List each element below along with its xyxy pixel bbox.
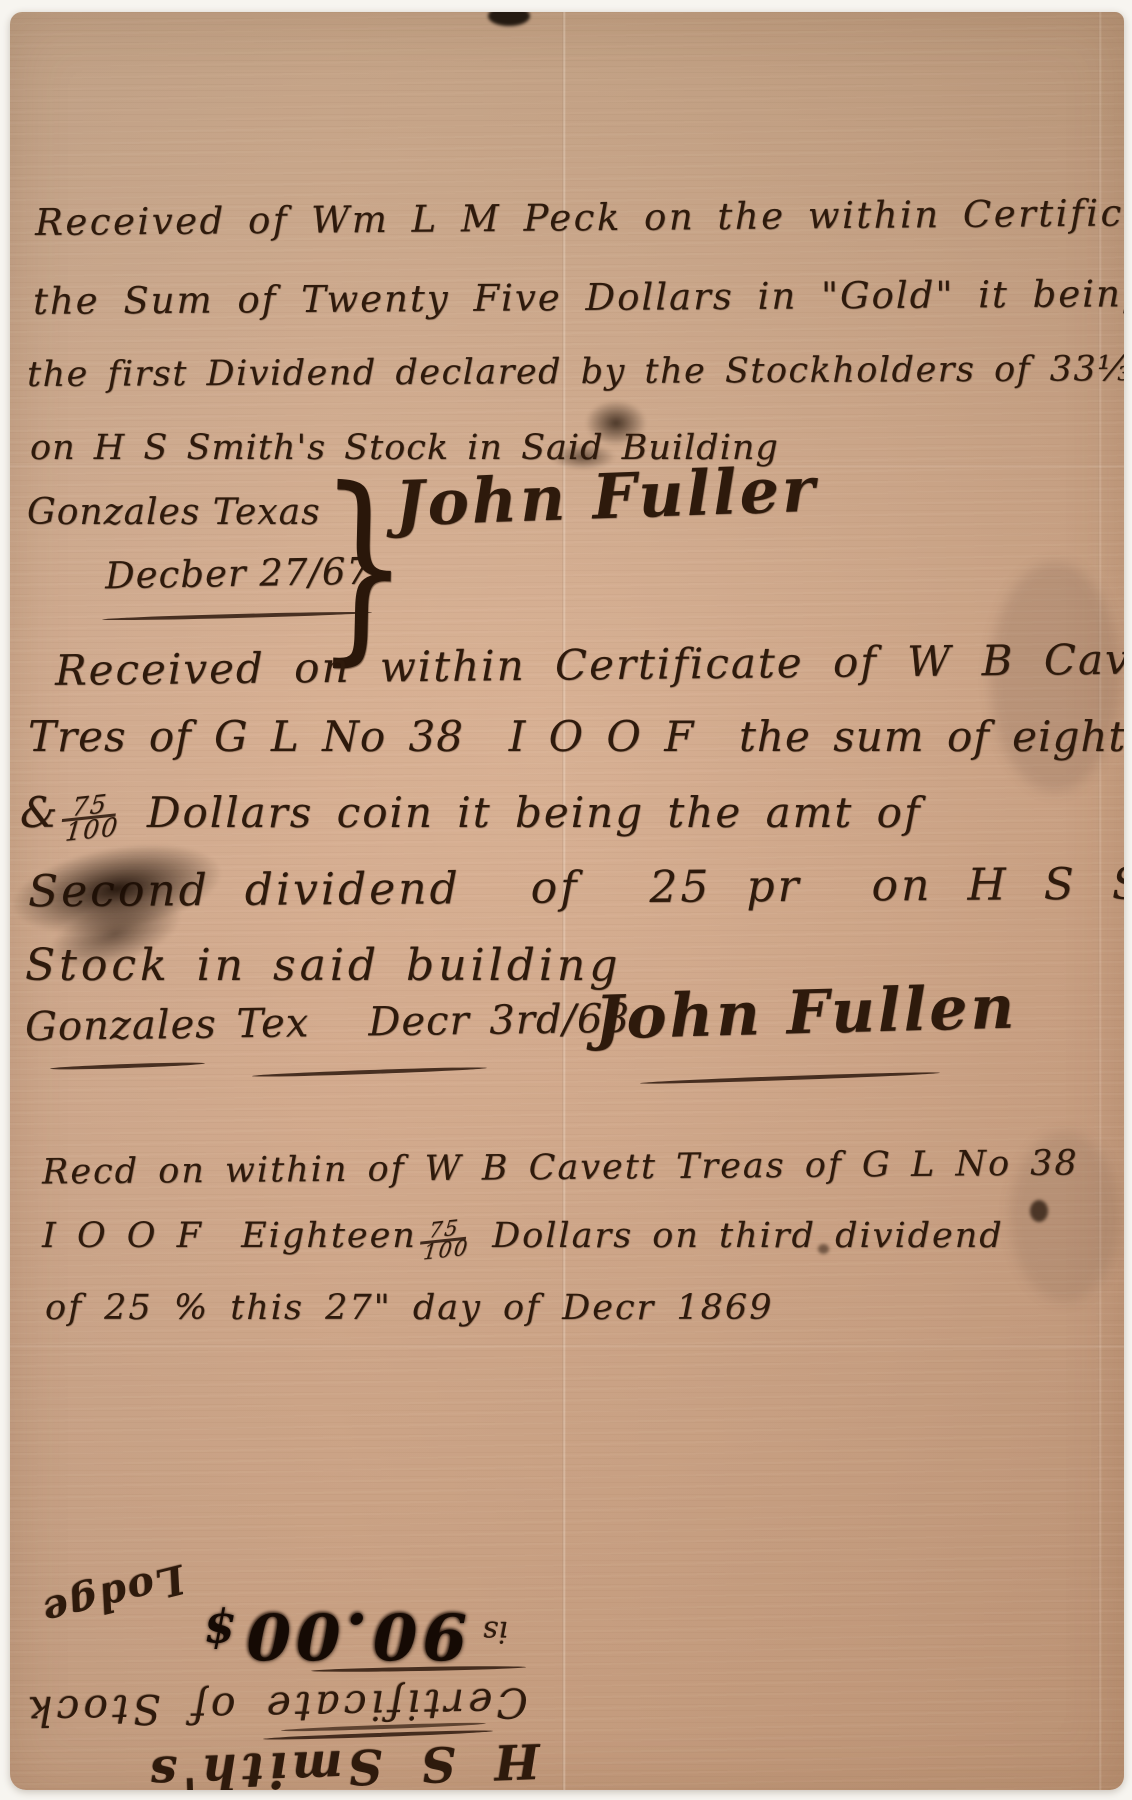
docket-amount: 90.00 [242, 1598, 467, 1673]
receipt3-line2: I O O F Eighteen75100 Dollars on third d… [42, 1216, 1004, 1259]
signature-john-fullen: John Fullen [594, 972, 1018, 1053]
fraction-75-100: 75100 [420, 1218, 470, 1261]
receipt1-line1: Received of Wm L M Peck on the within Ce… [35, 191, 1124, 244]
docket-title: Certificate of Stock [23, 1679, 528, 1736]
ink-spot [1030, 1200, 1048, 1222]
receipt3-line1: Recd on within of W B Cavett Treas of G … [42, 1143, 1079, 1192]
receipt3-line3: of 25 % this 27" day of Decr 1869 [45, 1288, 773, 1328]
lower-fold-crease [10, 1344, 1124, 1348]
receipt-paper: Received of Wm L M Peck on the within Ce… [10, 12, 1124, 1790]
top-edge-ink-mark [488, 12, 530, 26]
ampersand: & [20, 788, 59, 837]
receipt2-line2: Tres of G L No 38 I O O F the sum of eig… [28, 712, 1124, 761]
receipt2-line4: Second dividend of 25 pr on H S Smith [28, 858, 1124, 918]
fraction-75-100: 75100 [62, 792, 121, 843]
receipt1-line2: the Sum of Twenty Five Dollars in "Gold"… [33, 272, 1124, 323]
date-underline [252, 1066, 487, 1078]
receipt3-line2-prefix: I O O F Eighteen [42, 1216, 417, 1256]
docket-lodge: Lodge [36, 1555, 189, 1636]
place-underline [50, 1061, 205, 1070]
signature-john-fuller: John Fuller [394, 453, 819, 541]
receipt2-place-date: Gonzales Tex Decr 3rd/68 [25, 996, 630, 1050]
receipt2-line5: Stock in said building [25, 940, 621, 991]
receipt2-line3-rest: Dollars coin it being the amt of [123, 788, 921, 837]
receipt1-line3: the first Dividend declared by the Stock… [27, 349, 1124, 395]
receipt2-line3: &75100 Dollars coin it being the amt of [20, 788, 922, 841]
signature-underline [640, 1071, 940, 1085]
receipt1-place: Gonzales Texas [27, 492, 321, 533]
docket-rotated-block: H S Smith's Certificate of Stock is90.00… [18, 1545, 548, 1790]
photo-background: Received of Wm L M Peck on the within Ce… [0, 0, 1132, 1800]
dollar-mark: $ [204, 1603, 236, 1657]
docket-amount-line: is90.00$ [204, 1598, 508, 1673]
receipt3-line2-rest: Dollars on third dividend [473, 1216, 1004, 1256]
docket-owner: H S Smith's [144, 1732, 541, 1790]
receipt2-line1: Received on within Certificate of W B Ca… [55, 634, 1124, 695]
docket-is-label: is [483, 1614, 508, 1649]
